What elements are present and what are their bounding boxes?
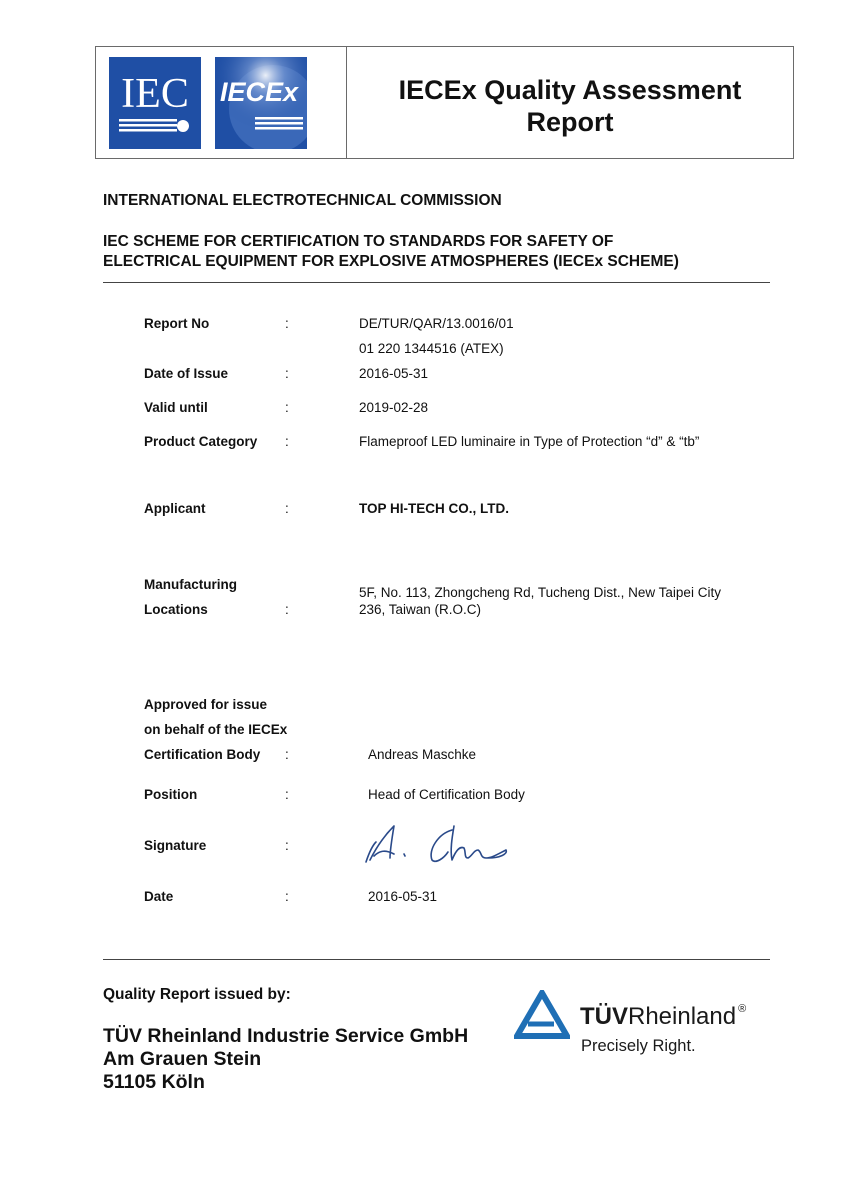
- colon: :: [285, 787, 289, 802]
- title-line-1: IECEx Quality Assessment: [399, 74, 742, 106]
- title-line-2: Report: [399, 106, 742, 138]
- iec-logo-icon: IEC: [109, 57, 201, 149]
- approved-label-line-1: Approved for issue: [144, 697, 267, 712]
- report-header: IEC IECEx IECEx Quality Ass: [95, 46, 794, 159]
- report-no-value: DE/TUR/QAR/13.0016/01: [359, 316, 514, 331]
- atex-report-no-value: 01 220 1344516 (ATEX): [359, 341, 504, 356]
- tuv-rheinland-logo: TÜVRheinland® Precisely Right.: [514, 990, 784, 1060]
- manufacturing-address-line-1: 5F, No. 113, Zhongcheng Rd, Tucheng Dist…: [359, 585, 721, 600]
- title-cell: IECEx Quality Assessment Report: [347, 47, 793, 158]
- organization-heading: INTERNATIONAL ELECTROTECHNICAL COMMISSIO…: [103, 192, 502, 210]
- rheinland-text: Rheinland: [628, 1003, 736, 1030]
- colon: :: [285, 889, 289, 904]
- tuv-brand-name: TÜVRheinland®: [580, 1003, 746, 1031]
- manufacturing-label-line-1: Manufacturing: [144, 577, 237, 592]
- position-value: Head of Certification Body: [368, 787, 525, 802]
- date-label: Date: [144, 889, 173, 904]
- report-no-label: Report No: [144, 316, 209, 331]
- date-of-issue-value: 2016-05-31: [359, 366, 428, 381]
- colon: :: [285, 434, 289, 449]
- report-title: IECEx Quality Assessment Report: [399, 74, 742, 138]
- position-label: Position: [144, 787, 197, 802]
- issuer-city: 51105 Köln: [103, 1071, 468, 1094]
- tuv-slogan: Precisely Right.: [581, 1037, 696, 1056]
- date-of-issue-label: Date of Issue: [144, 366, 228, 381]
- logo-cell: IEC IECEx: [96, 47, 347, 158]
- issuer-address: TÜV Rheinland Industrie Service GmbH Am …: [103, 1025, 468, 1094]
- approved-label-line-3: Certification Body: [144, 747, 260, 762]
- product-category-value: Flameproof LED luminaire in Type of Prot…: [359, 434, 699, 449]
- colon: :: [285, 602, 289, 617]
- colon: :: [285, 838, 289, 853]
- divider: [103, 282, 770, 283]
- manufacturing-label-line-2: Locations: [144, 602, 208, 617]
- scheme-heading: IEC SCHEME FOR CERTIFICATION TO STANDARD…: [103, 232, 679, 272]
- colon: :: [285, 501, 289, 516]
- tuv-triangle-icon: [514, 990, 570, 1040]
- signature-icon: [360, 820, 520, 870]
- scheme-line-2: ELECTRICAL EQUIPMENT FOR EXPLOSIVE ATMOS…: [103, 252, 679, 272]
- valid-until-value: 2019-02-28: [359, 400, 428, 415]
- product-category-label: Product Category: [144, 434, 257, 449]
- applicant-label: Applicant: [144, 501, 206, 516]
- valid-until-label: Valid until: [144, 400, 208, 415]
- approver-name: Andreas Maschke: [368, 747, 476, 762]
- colon: :: [285, 316, 289, 331]
- signature-label: Signature: [144, 838, 206, 853]
- footer-divider: [103, 959, 770, 960]
- issuer-street: Am Grauen Stein: [103, 1048, 468, 1071]
- colon: :: [285, 747, 289, 762]
- issuer-company: TÜV Rheinland Industrie Service GmbH: [103, 1025, 468, 1048]
- svg-text:IEC: IEC: [121, 71, 189, 117]
- date-value: 2016-05-31: [368, 889, 437, 904]
- registered-mark: ®: [738, 1003, 746, 1015]
- applicant-value: TOP HI-TECH CO., LTD.: [359, 501, 509, 516]
- colon: :: [285, 366, 289, 381]
- issued-by-label: Quality Report issued by:: [103, 986, 291, 1004]
- manufacturing-address-line-2: 236, Taiwan (R.O.C): [359, 602, 481, 617]
- svg-text:IECEx: IECEx: [220, 77, 299, 107]
- colon: :: [285, 400, 289, 415]
- tuv-bold: TÜV: [580, 1003, 628, 1030]
- approved-label-line-2: on behalf of the IECEx: [144, 722, 287, 737]
- scheme-line-1: IEC SCHEME FOR CERTIFICATION TO STANDARD…: [103, 232, 679, 252]
- iecex-logo-icon: IECEx: [215, 57, 307, 149]
